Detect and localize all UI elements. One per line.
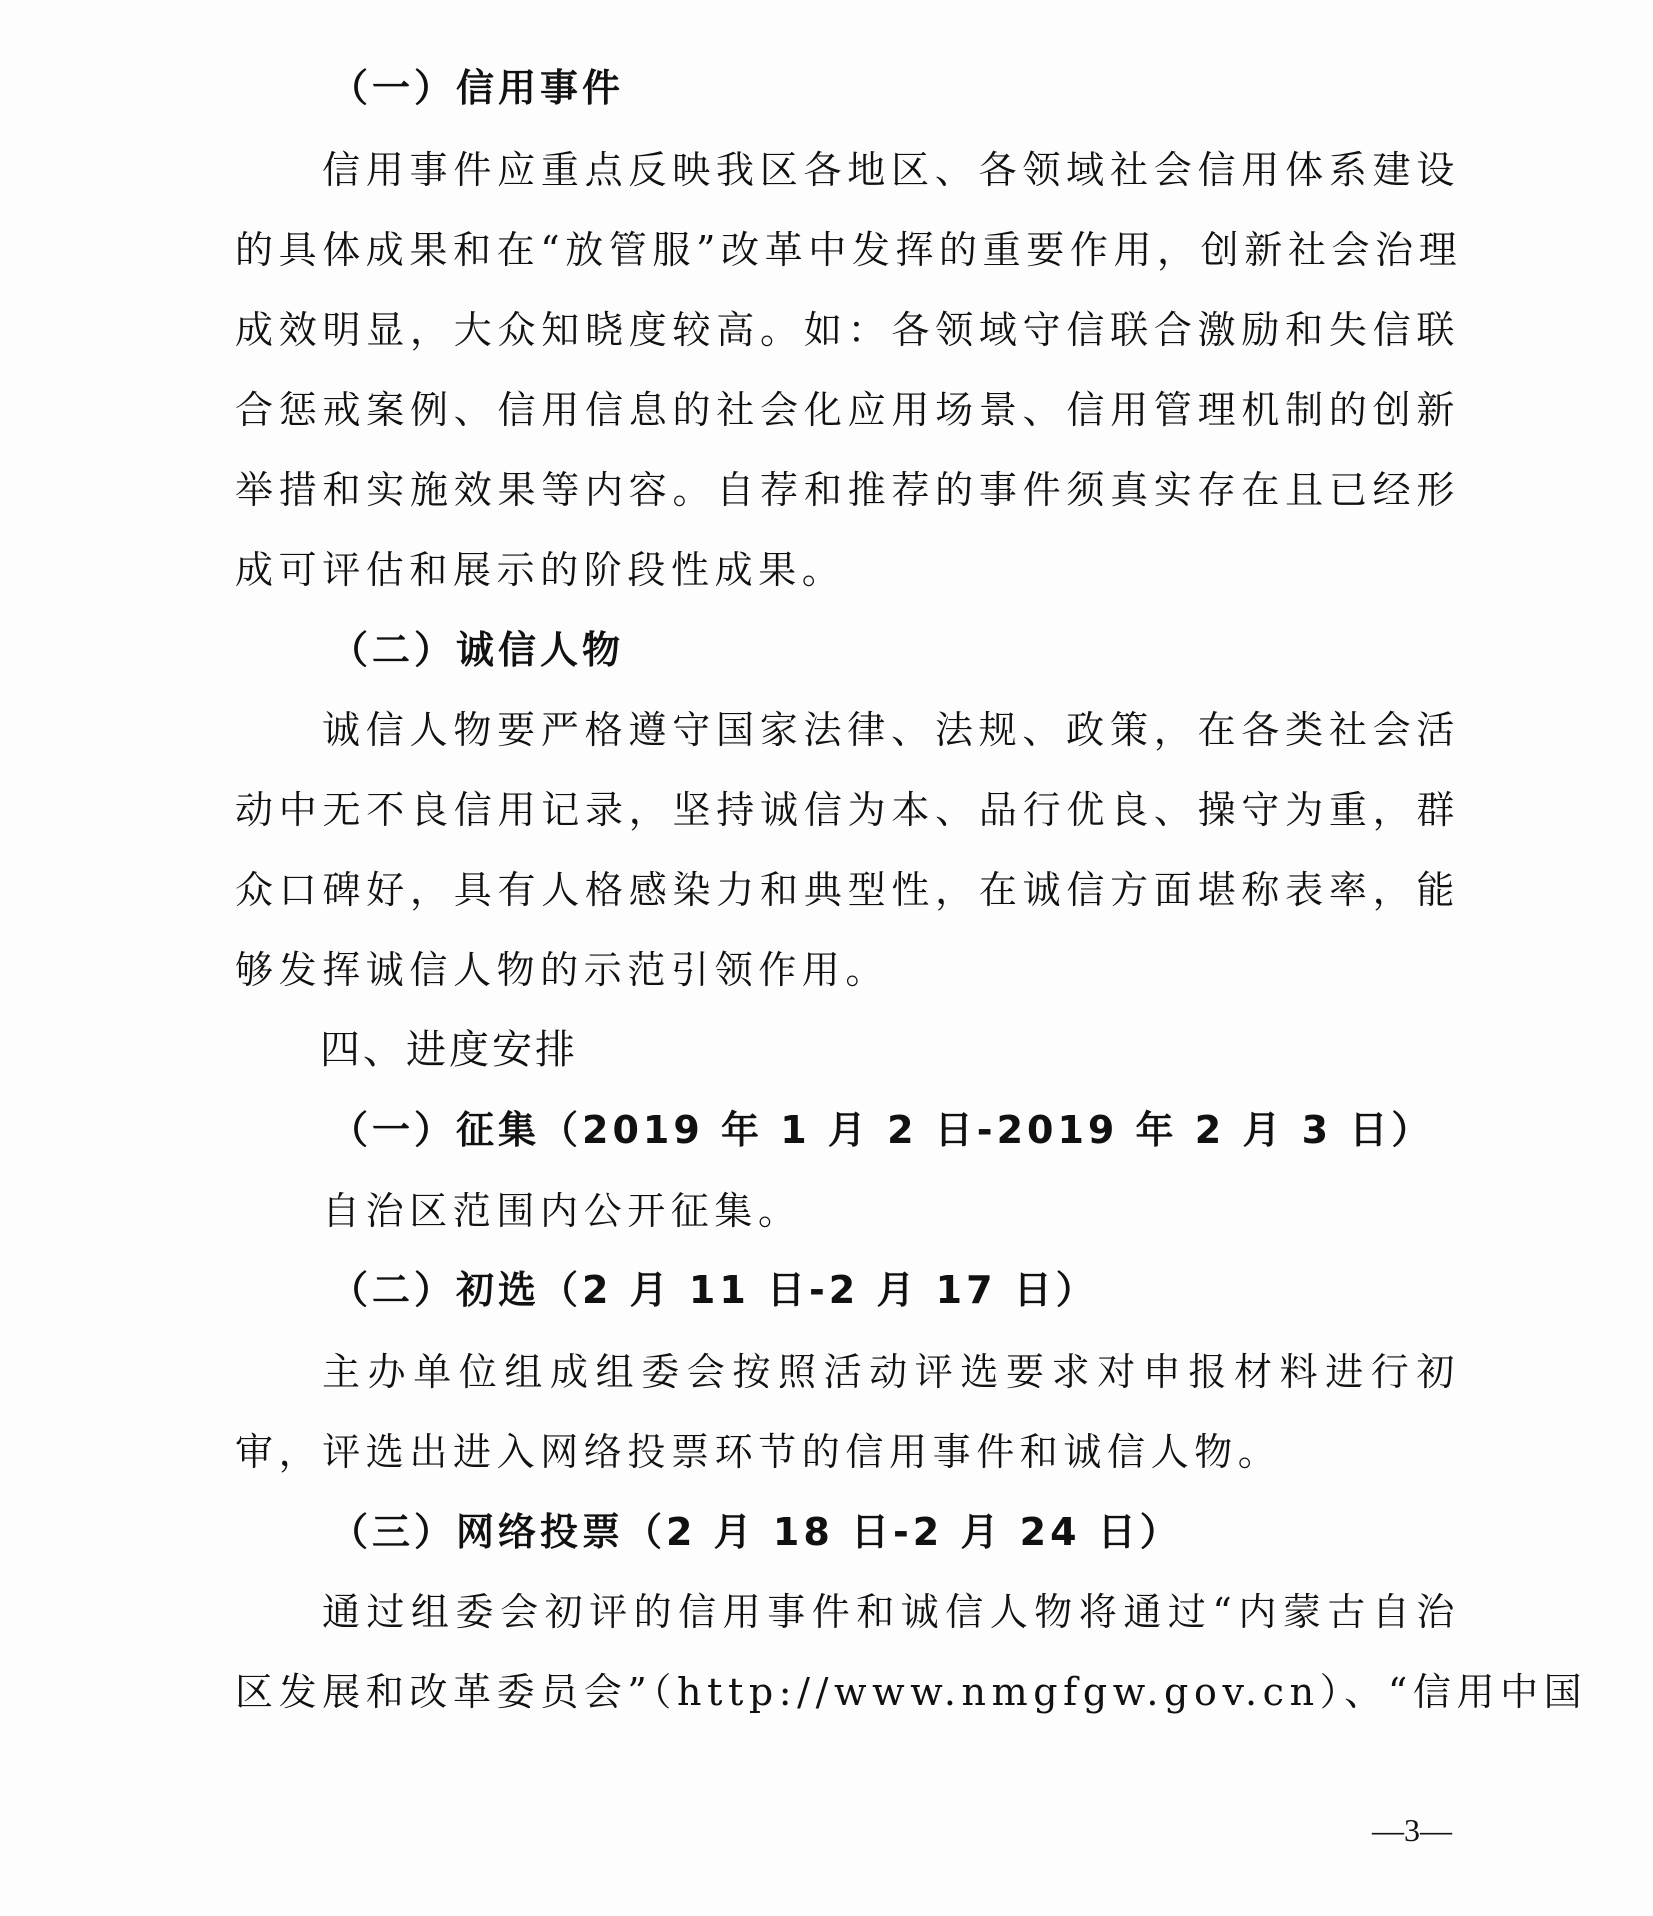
- paragraph-line: 成效明显，大众知晓度较高。如：各领域守信联合激励和失信联: [235, 290, 1460, 370]
- paragraph-line: 审，评选出进入网络投票环节的信用事件和诚信人物。: [235, 1412, 1460, 1492]
- paragraph-line-with-url: 区发展和改革委员会”（http://www.nmgfgw.gov.cn）、“信用…: [235, 1652, 1460, 1732]
- paragraph-line: 自治区范围内公开征集。: [322, 1171, 1460, 1251]
- paragraph-line: 的具体成果和在“放管服”改革中发挥的重要作用，创新社会治理: [235, 210, 1460, 290]
- paragraph-line: 动中无不良信用记录，坚持诚信为本、品行优良、操守为重，群: [235, 770, 1460, 850]
- paragraph-line: 通过组委会初评的信用事件和诚信人物将通过“内蒙古自治: [322, 1572, 1460, 1652]
- paragraph-line: 诚信人物要严格遵守国家法律、法规、政策，在各类社会活: [322, 690, 1460, 770]
- schedule-heading-online-voting: （三）网络投票（2 月 18 日-2 月 24 日）: [330, 1492, 1460, 1572]
- paragraph-line: 主办单位组成组委会按照活动评选要求对申报材料进行初: [322, 1332, 1460, 1412]
- paragraph-line: 举措和实施效果等内容。自荐和推荐的事件须真实存在且已经形: [235, 450, 1460, 530]
- document-page: （一）信用事件 信用事件应重点反映我区各地区、各领域社会信用体系建设 的具体成果…: [0, 0, 1653, 1916]
- paragraph-line: 信用事件应重点反映我区各地区、各领域社会信用体系建设: [322, 130, 1460, 210]
- paragraph-line: 合惩戒案例、信用信息的社会化应用场景、信用管理机制的创新: [235, 370, 1460, 450]
- schedule-heading-collection: （一）征集（2019 年 1 月 2 日-2019 年 2 月 3 日）: [330, 1090, 1460, 1170]
- paragraph-line: 够发挥诚信人物的示范引领作用。: [235, 930, 1460, 1010]
- schedule-heading-preliminary: （二）初选（2 月 11 日-2 月 17 日）: [330, 1250, 1460, 1330]
- section-heading-honest-people: （二）诚信人物: [330, 610, 1460, 690]
- paragraph-line: 众口碑好，具有人格感染力和典型性，在诚信方面堪称表率，能: [235, 850, 1460, 930]
- paragraph-line: 成可评估和展示的阶段性成果。: [235, 530, 1460, 610]
- section-heading-credit-events: （一）信用事件: [330, 48, 1460, 128]
- page-number: —3—: [1360, 1808, 1464, 1852]
- chapter-heading-schedule: 四、进度安排: [320, 1010, 1320, 1090]
